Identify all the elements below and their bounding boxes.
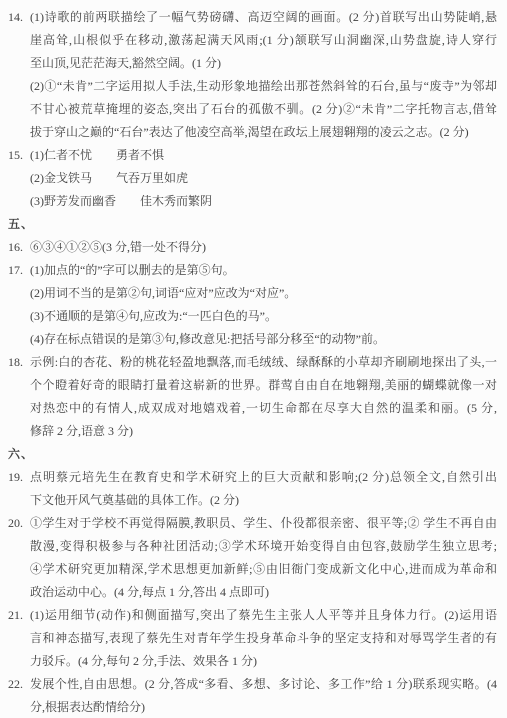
line-text: (4)存在标点错误的是第③句,修改意见:把括号部分移至“的动物”前。 (30, 332, 385, 346)
answer-text-line: 不甘心被荒草掩埋的姿态,突出了石台的孤傲不驯。(2 分)②“未肯”二字托物言志,… (8, 98, 497, 121)
line-text: 五、 (8, 217, 34, 231)
answer-text-line: 散漫,变得积极参与各种社团活动;③学术环境开始变得自由包容,鼓励学生独立思考; (8, 535, 497, 558)
line-text: 力驳斥。(4 分,每句 2 分,手法、效果各 1 分) (30, 654, 257, 668)
line-text: (1)诗歌的前两联描绘了一幅气势磅礴、高迈空阔的画面。(2 分)首联写出山势陡峭… (30, 10, 497, 24)
line-text: 至山顶,见茫茫海天,豁然空阔。(1 分) (30, 56, 221, 70)
question-number: 14. (8, 6, 23, 29)
line-text: 政治运动中心。(4 分,每点 1 分,答出 4 点即可) (30, 585, 269, 599)
answer-text-line: (3)野芳发而幽香 佳木秀而繁阴 (8, 190, 497, 213)
line-text: 不甘心被荒草掩埋的姿态,突出了石台的孤傲不驯。(2 分)②“未肯”二字托物言志,… (30, 102, 497, 116)
answer-text-line: 言和神态描写,表现了蔡先生对青年学生投身革命斗争的坚定支持和对辱骂学生者的有 (8, 627, 497, 650)
answer-text-line: 对热恋中的有情人,成双成对地嬉戏着,一切生命都在尽享大自然的温柔和丽。(5 分, (8, 397, 497, 420)
answer-text-line: 19.点明蔡元培先生在教育史和学术研究上的巨大贡献和影响;(2 分)总领全文,自… (8, 466, 497, 489)
question-number: 19. (8, 466, 23, 489)
line-text: 对热恋中的有情人,成双成对地嬉戏着,一切生命都在尽享大自然的温柔和丽。(5 分, (30, 401, 497, 415)
line-text: ①学生对于学校不再觉得隔膜,教职员、学生、仆役都很亲密、很平等;② 学生不再自由 (30, 516, 497, 530)
line-text: (3)野芳发而幽香 佳木秀而繁阴 (30, 194, 212, 208)
answer-text-line: 拔于穿山之巅的“石台”表达了他凌空高举,渴望在政坛上展翅翱翔的凌云之志。(2 分… (8, 121, 497, 144)
line-text: (1)加点的“的”字可以删去的是第⑤句。 (30, 263, 235, 277)
answer-text-line: (4)存在标点错误的是第③句,修改意见:把括号部分移至“的动物”前。 (8, 328, 497, 351)
answer-text-line: 至山顶,见茫茫海天,豁然空阔。(1 分) (8, 52, 497, 75)
answer-sheet-page: 14.(1)诗歌的前两联描绘了一幅气势磅礴、高迈空阔的画面。(2 分)首联写出山… (0, 0, 507, 718)
question-number: 15. (8, 144, 23, 167)
answer-text-line: 20.①学生对于学校不再觉得隔膜,教职员、学生、仆役都很亲密、很平等;② 学生不… (8, 512, 497, 535)
line-text: (3)不通顺的是第④句,应改为:“一匹白色的马”。 (30, 309, 277, 323)
line-text: (2)①“未肯”二字运用拟人手法,生动形象地描绘出那苍然斜耸的石台,虽与“废寺”… (30, 79, 497, 93)
answer-text-line: 22.发展个性,自由思想。(2 分,答成“多看、多想、多讨论、多工作”给 1 分… (8, 673, 497, 696)
question-number: 22. (8, 673, 23, 696)
answer-text-line: 修辞 2 分,语意 3 分) (8, 420, 497, 443)
line-text: 下文他开风气奠基础的具体工作。(2 分) (30, 493, 239, 507)
line-text: ⑥③④①②⑤(3 分,错一处不得分) (30, 240, 206, 254)
line-text: 分,根据表达酌情给分) (30, 700, 145, 714)
answer-text-line: 14.(1)诗歌的前两联描绘了一幅气势磅礴、高迈空阔的画面。(2 分)首联写出山… (8, 6, 497, 29)
line-text: 拔于穿山之巅的“石台”表达了他凌空高举,渴望在政坛上展翅翱翔的凌云之志。(2 分… (30, 125, 469, 139)
answer-text-line: 21.(1)运用细节(动作)和侧面描写,突出了蔡先生主张人人平等并且身体力行。(… (8, 604, 497, 627)
answer-text-line: 下文他开风气奠基础的具体工作。(2 分) (8, 489, 497, 512)
section-heading: 六、 (8, 443, 497, 466)
line-text: (2)用词不当的是第②句,词语“应对”应改为“对应”。 (30, 286, 296, 300)
answer-text-line: (3)不通顺的是第④句,应改为:“一匹白色的马”。 (8, 305, 497, 328)
answer-text-line: 力驳斥。(4 分,每句 2 分,手法、效果各 1 分) (8, 650, 497, 673)
section-heading: 五、 (8, 213, 497, 236)
answer-text-line: 分,根据表达酌情给分) (8, 696, 497, 718)
answer-text-line: 崖高耸,山根似乎在移动,激荡起满天风雨;(1 分)颔联写山洞幽深,山势盘旋,诗人… (8, 29, 497, 52)
answer-text-line: 个个瞪着好奇的眼睛打量着这崭新的世界。群莺自由自在地翱翔,美丽的蝴蝶就像一对 (8, 374, 497, 397)
question-number: 18. (8, 351, 23, 374)
question-number: 16. (8, 236, 23, 259)
line-text: ④学术研究更加精深,学术思想更加新鲜;⑤由旧衙门变成新文化中心,进而成为革命和 (30, 562, 497, 576)
question-number: 21. (8, 604, 23, 627)
answer-text-line: 政治运动中心。(4 分,每点 1 分,答出 4 点即可) (8, 581, 497, 604)
answer-text-line: (2)①“未肯”二字运用拟人手法,生动形象地描绘出那苍然斜耸的石台,虽与“废寺”… (8, 75, 497, 98)
answer-text-line: 16.⑥③④①②⑤(3 分,错一处不得分) (8, 236, 497, 259)
line-text: 崖高耸,山根似乎在移动,激荡起满天风雨;(1 分)颔联写山洞幽深,山势盘旋,诗人… (30, 33, 497, 47)
answer-text-line: 15.(1)仁者不忧 勇者不惧 (8, 144, 497, 167)
line-text: 散漫,变得积极参与各种社团活动;③学术环境开始变得自由包容,鼓励学生独立思考; (30, 539, 497, 553)
answer-text-line: 17.(1)加点的“的”字可以删去的是第⑤句。 (8, 259, 497, 282)
line-text: (1)仁者不忧 勇者不惧 (30, 148, 164, 162)
question-number: 17. (8, 259, 23, 282)
answer-text-block: 14.(1)诗歌的前两联描绘了一幅气势磅礴、高迈空阔的画面。(2 分)首联写出山… (8, 6, 497, 718)
line-text: 六、 (8, 447, 34, 461)
answer-text-line: 18.示例:白的杏花、粉的桃花轻盈地飘落,而毛绒绒、绿酥酥的小草却齐刷刷地探出了… (8, 351, 497, 374)
line-text: 发展个性,自由思想。(2 分,答成“多看、多想、多讨论、多工作”给 1 分)联系… (30, 677, 497, 691)
answer-text-line: (2)用词不当的是第②句,词语“应对”应改为“对应”。 (8, 282, 497, 305)
line-text: 个个瞪着好奇的眼睛打量着这崭新的世界。群莺自由自在地翱翔,美丽的蝴蝶就像一对 (30, 378, 497, 392)
answer-text-line: ④学术研究更加精深,学术思想更加新鲜;⑤由旧衙门变成新文化中心,进而成为革命和 (8, 558, 497, 581)
line-text: 点明蔡元培先生在教育史和学术研究上的巨大贡献和影响;(2 分)总领全文,自然引出 (30, 470, 497, 484)
line-text: (2)金戈铁马 气吞万里如虎 (30, 171, 188, 185)
line-text: 示例:白的杏花、粉的桃花轻盈地飘落,而毛绒绒、绿酥酥的小草却齐刷刷地探出了头,一 (30, 355, 497, 369)
line-text: 言和神态描写,表现了蔡先生对青年学生投身革命斗争的坚定支持和对辱骂学生者的有 (30, 631, 497, 645)
line-text: 修辞 2 分,语意 3 分) (30, 424, 133, 438)
answer-text-line: (2)金戈铁马 气吞万里如虎 (8, 167, 497, 190)
line-text: (1)运用细节(动作)和侧面描写,突出了蔡先生主张人人平等并且身体力行。(2)运… (30, 608, 497, 622)
question-number: 20. (8, 512, 23, 535)
